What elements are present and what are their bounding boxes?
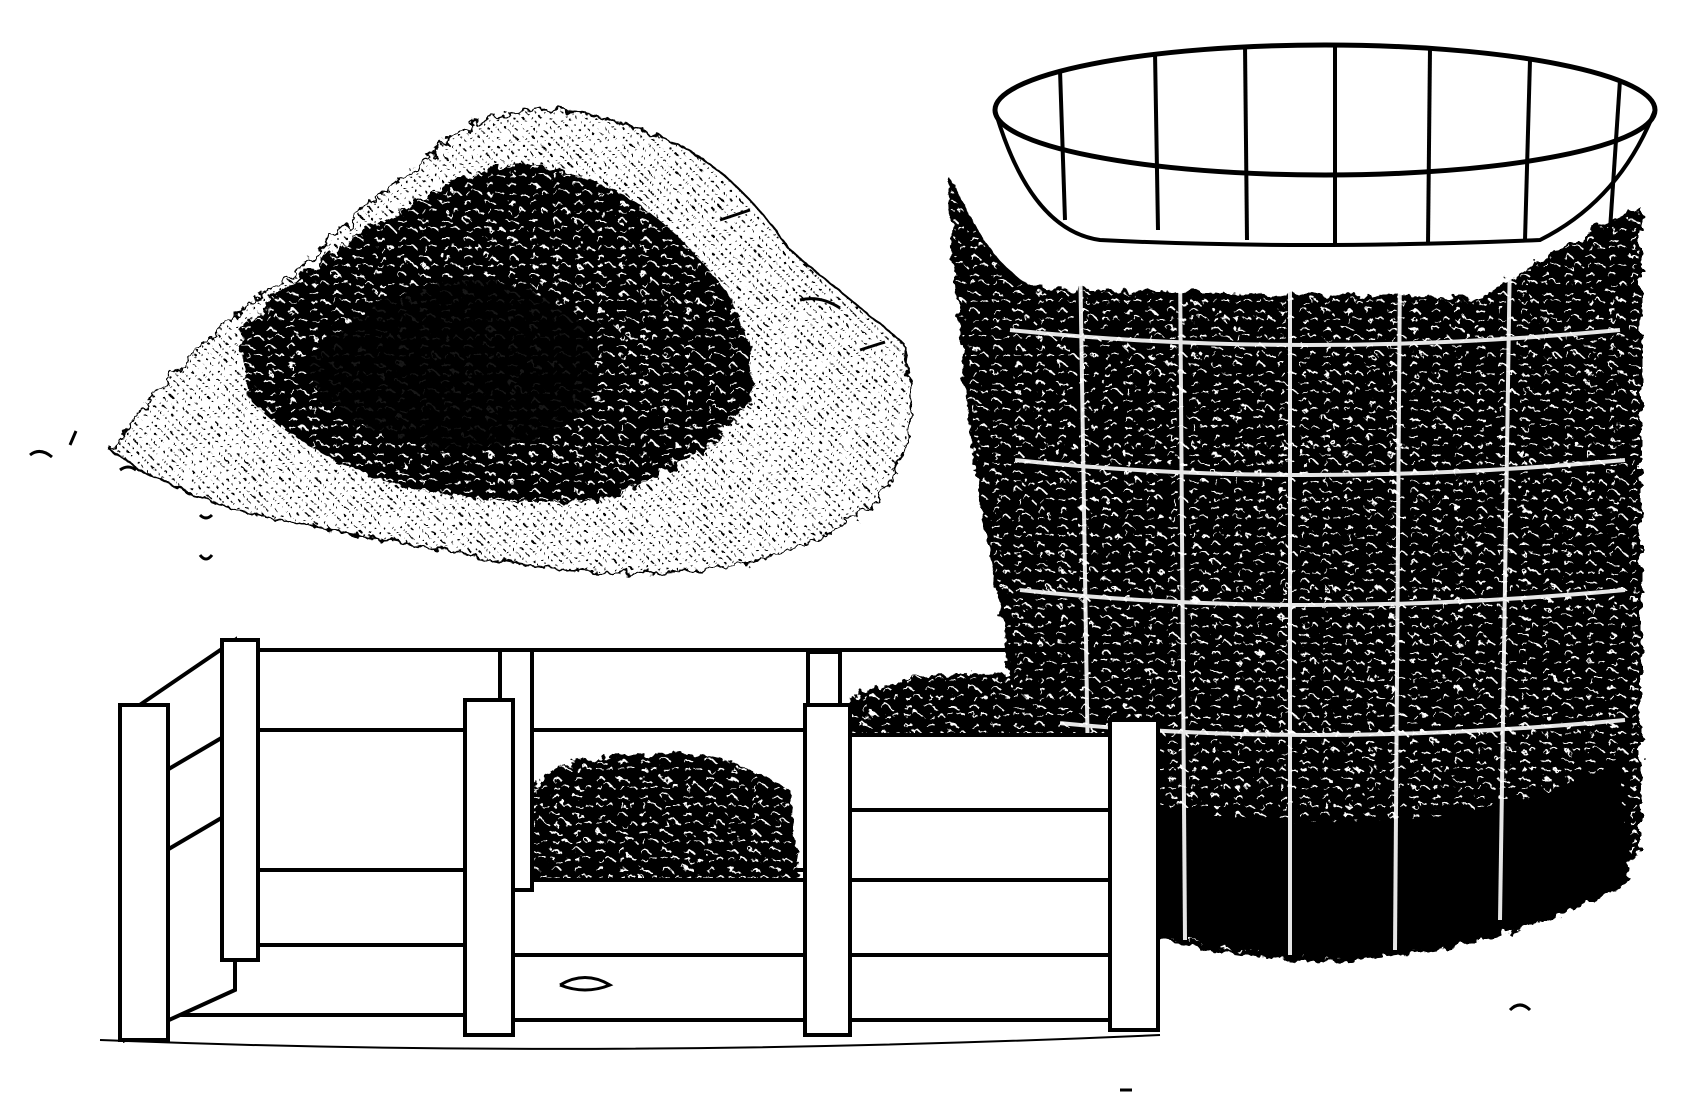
open-compost-pile — [30, 110, 911, 574]
front-post-2 — [465, 700, 513, 1035]
front-post-1 — [120, 705, 168, 1040]
wooden-compost-bins — [100, 640, 1160, 1049]
bay-2-front-board — [510, 880, 810, 1020]
compost-illustration — [0, 0, 1701, 1113]
bay-2-compost — [515, 753, 800, 880]
front-post-3 — [805, 705, 850, 1035]
ground-line — [100, 1035, 1160, 1049]
bay-3-compost — [850, 673, 1060, 740]
front-post-4 — [1110, 720, 1158, 1030]
bay-3-front-boards — [840, 735, 1130, 1020]
wire-mesh-top-bars — [1060, 44, 1620, 245]
back-post-1 — [222, 640, 258, 960]
cylinder-top-rim — [995, 45, 1655, 175]
